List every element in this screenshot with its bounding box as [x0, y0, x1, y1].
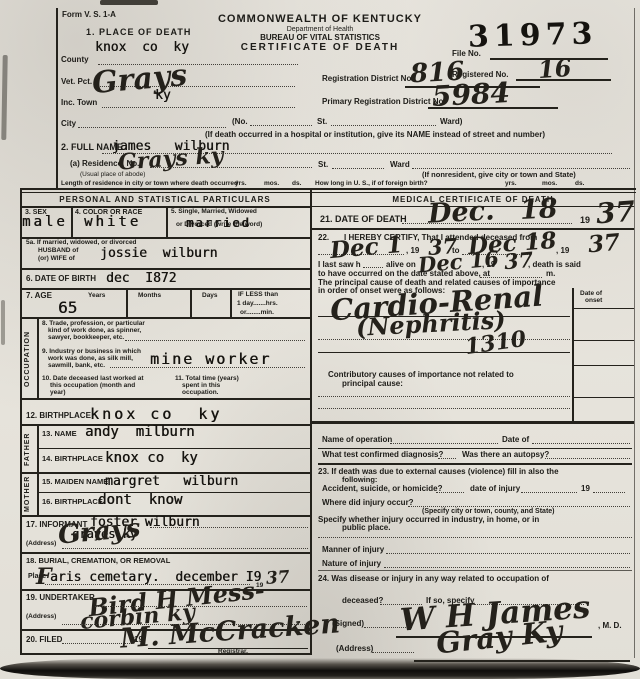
- ward-label: Ward): [440, 118, 462, 126]
- inc-town-handwriting: Grays: [91, 58, 189, 101]
- form-number: Form V. S. 1-A: [62, 11, 116, 19]
- dotted-line: [390, 443, 498, 444]
- rule: [20, 268, 310, 270]
- city-label: City: [61, 120, 76, 128]
- nature-of-injury-label: Nature of injury: [322, 560, 381, 568]
- injury-19-printed: 19: [581, 485, 590, 493]
- nonresident-note: (If nonresident, give city or town and S…: [422, 171, 576, 179]
- blank-line: [414, 660, 630, 662]
- cell-divider: [190, 288, 192, 317]
- date-of-injury-label: date of injury: [470, 485, 520, 493]
- birthplace-value: knox co ky: [90, 405, 222, 423]
- dob-label: 6. DATE OF BIRTH: [26, 275, 96, 283]
- father-birthplace-value: knox co ky: [105, 450, 198, 466]
- no-label: (No.: [232, 118, 248, 126]
- operation-label: Name of operation: [322, 436, 392, 444]
- physician-address-label: (Address): [336, 645, 373, 653]
- cell-divider: [126, 288, 128, 317]
- marital-value: married: [186, 216, 251, 230]
- spouse-label-3: (or) WIFE of: [38, 256, 75, 263]
- dotted-line: [372, 652, 414, 653]
- dotted-line: [250, 125, 312, 126]
- blank-line: [516, 79, 611, 81]
- contributory-text-2: principal cause:: [342, 380, 403, 388]
- rule: [318, 352, 570, 353]
- dotted-line: [532, 443, 630, 444]
- manner-of-injury-label: Manner of injury: [322, 546, 384, 554]
- to-19-printed: , 19: [556, 247, 569, 255]
- cell-divider: [230, 288, 232, 317]
- item-22-number: 22.: [318, 234, 329, 242]
- rule: [572, 365, 634, 366]
- registration-district-label: Registration District No.: [322, 75, 414, 83]
- dotted-line: [318, 537, 632, 538]
- onset-header-2: onset: [585, 298, 602, 305]
- dotted-line: [125, 340, 305, 341]
- mos-label: mos.: [264, 181, 279, 188]
- cell-divider: [37, 317, 39, 398]
- rule: [20, 398, 310, 400]
- mother-vertical-label: MOTHER: [24, 478, 31, 512]
- father-birthplace-label: 14. BIRTHPLACE: [42, 455, 103, 463]
- date-of-label: Date of: [502, 436, 529, 444]
- hospital-note: (If death occurred in a hospital or inst…: [205, 131, 635, 139]
- father-name-value: andy milburn: [85, 424, 195, 440]
- scan-artifact-top-bar: [100, 0, 158, 5]
- primary-district-label: Primary Registration District No: [322, 98, 443, 106]
- cell-divider: [37, 472, 39, 515]
- dotted-line: [78, 127, 226, 128]
- rule-heavy: [312, 421, 634, 424]
- burial-year-handwriting: 37: [265, 567, 290, 589]
- dotted-line: [332, 168, 384, 169]
- st-label: St.: [317, 118, 327, 126]
- vet-pct-label: Vet. Pct.: [61, 78, 92, 86]
- rule: [20, 317, 310, 319]
- how-long-us-label: How long in U. S., if of foreign birth?: [315, 181, 428, 188]
- yrs-label-2: yrs.: [505, 181, 517, 188]
- days-label: Days: [202, 293, 218, 300]
- dod-year-handwriting: 37: [595, 195, 636, 231]
- inc-town-label: Inc. Town: [61, 99, 97, 107]
- place-of-death-title: 1. PLACE OF DEATH: [86, 28, 191, 37]
- file-number-stamp: 31973: [468, 16, 598, 54]
- mos-label-2: mos.: [542, 181, 557, 188]
- occ11-label-3: occupation.: [182, 390, 218, 397]
- commonwealth-title: COMMONWEALTH OF KENTUCKY: [200, 14, 440, 26]
- form-border-left-top: [56, 8, 58, 190]
- months-label: Months: [138, 293, 161, 300]
- color-race-value: white: [84, 214, 141, 230]
- residence-ward-label: Ward: [390, 161, 410, 169]
- abode-note: (Usual place of abode): [80, 172, 145, 179]
- form-border-right: [634, 8, 635, 658]
- rule: [20, 552, 310, 554]
- rule: [20, 288, 310, 290]
- mother-birthplace-value: dont know: [98, 492, 182, 508]
- q24-deceased-label: deceased?: [342, 597, 383, 605]
- dotted-line: [363, 267, 383, 268]
- dod-day-handwriting: 18: [519, 193, 558, 226]
- scan-artifact-left-margin: [1, 55, 7, 140]
- dotted-line: [412, 168, 630, 169]
- md-label: , M. D.: [598, 622, 622, 630]
- occupation-vertical-label: OCCUPATION: [24, 332, 31, 387]
- dotted-line: [318, 339, 570, 340]
- rule-heavy: [312, 228, 634, 230]
- cell-divider: [166, 206, 168, 237]
- dotted-line: [408, 506, 630, 507]
- dotted-line: [386, 553, 630, 554]
- registrar-label: Registrar.: [218, 649, 248, 656]
- rule: [318, 463, 632, 465]
- rule: [572, 308, 634, 309]
- dotted-line: [110, 367, 305, 368]
- specify-injury-text-2: public place.: [342, 524, 390, 532]
- filed-label: 20. FILED: [26, 636, 62, 644]
- table-border-left: [20, 190, 22, 655]
- dotted-line: [62, 548, 308, 549]
- marital-label-1: 5. Single, Married, Widowed: [171, 209, 257, 216]
- if-less-label-2: 1 day.......hrs.: [237, 301, 278, 308]
- dotted-line: [521, 492, 577, 493]
- length-residence-label: Length of residence in city or town wher…: [61, 181, 238, 188]
- dotted-line: [150, 167, 312, 168]
- where-injury-label: Where did injury occur?: [322, 499, 414, 507]
- section-divider: [20, 188, 636, 190]
- father-name-label: 13. NAME: [42, 430, 77, 438]
- accident-label: Accident, suicide, or homicide?: [322, 485, 442, 493]
- sex-value: male: [22, 214, 68, 230]
- scan-artifact-left-margin-2: [1, 300, 5, 345]
- mother-name-label: 15. MAIDEN NAME: [42, 478, 108, 486]
- occupation-value: mine worker: [150, 350, 271, 368]
- undertaker-address-label: (Address): [26, 614, 56, 621]
- rule: [318, 570, 632, 571]
- occ10-label-3: year): [50, 390, 66, 397]
- dotted-line: [436, 492, 464, 493]
- rule: [572, 397, 634, 398]
- father-vertical-label: FATHER: [24, 432, 31, 466]
- residence-st-label: St.: [318, 161, 328, 169]
- informant-handwriting: Grays: [57, 513, 142, 550]
- age-value: 65: [58, 298, 77, 317]
- cell-divider: [71, 206, 73, 237]
- autopsy-label: Was there an autopsy?: [462, 451, 549, 459]
- ds-label: ds.: [292, 181, 301, 188]
- dotted-line: [545, 458, 630, 459]
- yrs-label: yrs.: [235, 181, 247, 188]
- dotted-line: [150, 527, 308, 528]
- rule: [20, 206, 310, 208]
- county-label: County: [61, 56, 89, 64]
- test-confirmed-label: What test confirmed diagnosis?: [322, 451, 443, 459]
- if-less-label-1: IF LESS than: [238, 292, 278, 299]
- dotted-line: [331, 125, 436, 126]
- certificate-title: CERTIFICATE OF DEATH: [200, 43, 440, 54]
- dotted-line: [318, 408, 570, 409]
- if-less-label-3: or........min.: [240, 310, 274, 317]
- personal-section-title: PERSONAL AND STATISTICAL PARTICULARS: [20, 196, 310, 204]
- dotted-line: [384, 567, 630, 568]
- spouse-label-2: HUSBAND of: [38, 248, 78, 255]
- occ9-label-3: sawmill, bank, etc.: [48, 363, 105, 370]
- mother-birthplace-label: 16. BIRTHPLACE: [42, 498, 103, 506]
- q24-text-1: 24. Was disease or injury in any way rel…: [318, 575, 549, 583]
- ds-label-2: ds.: [575, 181, 584, 188]
- occ8-label-3: sawyer, bookkeeper, etc.: [48, 335, 124, 342]
- inc-town-typed: ky: [155, 88, 171, 103]
- date-of-death-label: 21. DATE OF DEATH: [320, 215, 407, 224]
- birthplace-label: 12. BIRTHPLACE: [26, 412, 91, 420]
- death-certificate-scan: Form V. S. 1-A 1. PLACE OF DEATH knox co…: [0, 0, 640, 679]
- dotted-line: [593, 492, 625, 493]
- dob-value: dec I872: [106, 271, 176, 286]
- rule: [37, 448, 310, 449]
- years-label: Years: [88, 293, 105, 300]
- undertaker-label: 19. UNDERTAKER: [26, 594, 95, 602]
- dotted-line: [438, 458, 456, 459]
- dod-month-handwriting: Dec.: [427, 195, 495, 229]
- rule: [318, 448, 632, 449]
- rule: [572, 340, 634, 341]
- to-year-handwriting: 37: [587, 229, 621, 259]
- dotted-line: [318, 396, 570, 397]
- informant-address-label: (Address): [26, 541, 56, 548]
- dotted-line: [102, 107, 295, 108]
- dod-19-printed: 19: [580, 216, 590, 225]
- spouse-value: jossie wilburn: [100, 246, 217, 261]
- mother-name-value: margret wilburn: [105, 474, 238, 489]
- table-border-bottom: [20, 653, 312, 655]
- county-value: knox co ky: [95, 40, 189, 55]
- age-label: 7. AGE: [26, 292, 52, 300]
- blank-line: [428, 107, 558, 109]
- signed-label: (Signed): [332, 620, 364, 628]
- q23-text-2: following:: [342, 476, 377, 484]
